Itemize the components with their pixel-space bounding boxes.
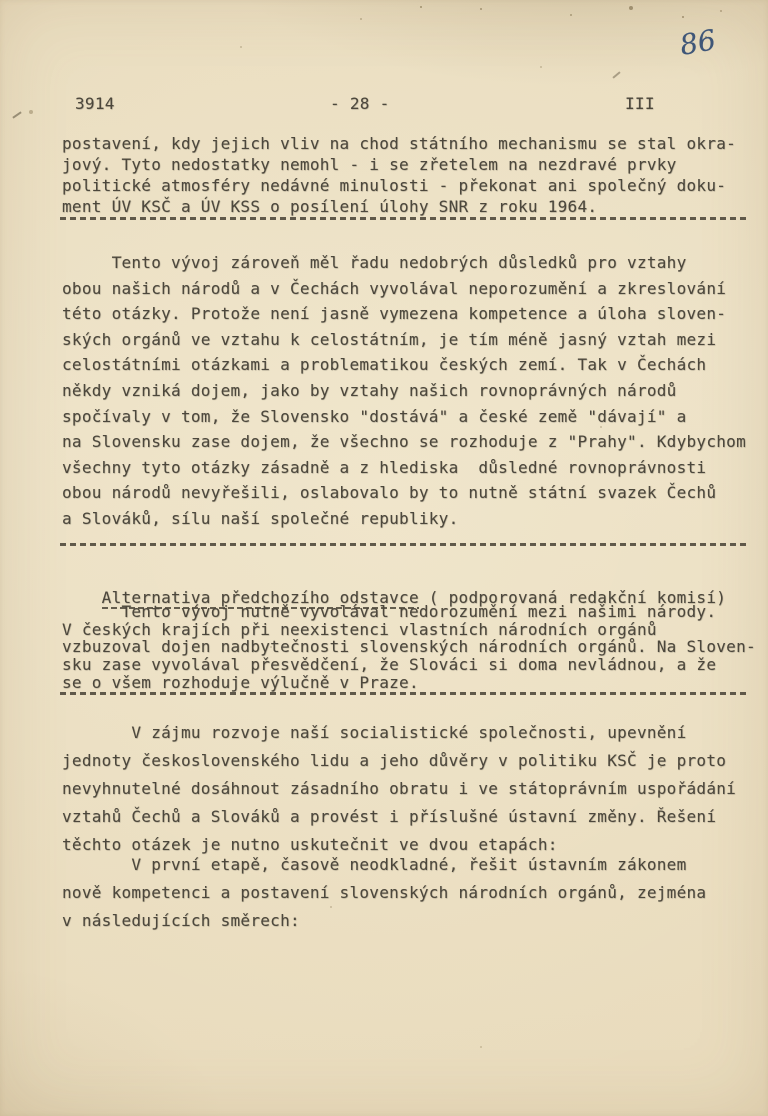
paper-mark bbox=[12, 111, 21, 118]
typewritten-document-page: 86 3914 - 28 - III postavení, kdy jejich… bbox=[0, 0, 768, 1116]
text-line: Tento vývoj nutně vyvolával nedorozumění… bbox=[62, 603, 762, 621]
text-line: všechny tyto otázky zásadně a z hlediska… bbox=[62, 455, 762, 481]
paragraph-4: V zájmu rozvoje naší socialistické spole… bbox=[62, 719, 762, 859]
dashed-separator bbox=[60, 217, 748, 220]
text-line: Tento vývoj zároveň měl řadu nedobrých d… bbox=[62, 250, 762, 276]
text-line: V českých krajích při neexistenci vlastn… bbox=[62, 621, 762, 639]
text-line: v následujících směrech: bbox=[62, 907, 762, 935]
paragraph-1: postavení, kdy jejich vliv na chod státn… bbox=[62, 133, 762, 217]
text-line: celostátními otázkami a problematikou če… bbox=[62, 352, 762, 378]
text-line: obou našich národů a v Čechách vyvolával… bbox=[62, 276, 762, 302]
page-header: 3914 - 28 - III bbox=[62, 94, 752, 114]
paragraph-2: Tento vývoj zároveň měl řadu nedobrých d… bbox=[62, 250, 762, 532]
text-line: se o všem rozhoduje výlučně v Praze. bbox=[62, 674, 762, 692]
text-line: této otázky. Protože není jasně vymezena… bbox=[62, 301, 762, 327]
dashed-separator bbox=[60, 543, 748, 546]
text-line: vzbuzoval dojen nadbytečnosti slovenskýc… bbox=[62, 638, 762, 656]
dashed-separator bbox=[60, 692, 748, 695]
text-line: někdy vzniká dojem, jako by vztahy našic… bbox=[62, 378, 762, 404]
text-line: obou národů nevyřešili, oslabovalo by to… bbox=[62, 480, 762, 506]
text-line: nevyhnutelné dosáhnout zásadního obratu … bbox=[62, 775, 762, 803]
text-line: jový. Tyto nedostatky nemohl - i se zřet… bbox=[62, 154, 762, 175]
text-line: postavení, kdy jejich vliv na chod státn… bbox=[62, 133, 762, 154]
text-line: jednoty československého lidu a jeho dův… bbox=[62, 747, 762, 775]
section-number: III bbox=[625, 94, 655, 113]
paper-speckles bbox=[420, 6, 422, 8]
text-line: V zájmu rozvoje naší socialistické spole… bbox=[62, 719, 762, 747]
text-line: a Slováků, sílu naší společné republiky. bbox=[62, 506, 762, 532]
paper-mark bbox=[612, 71, 620, 78]
text-line: nově kompetenci a postavení slovenských … bbox=[62, 879, 762, 907]
text-line: sku zase vyvolával přesvědčení, že Slová… bbox=[62, 656, 762, 674]
paragraph-3: Tento vývoj nutně vyvolával nedorozumění… bbox=[62, 603, 762, 692]
handwritten-page-number: 86 bbox=[678, 23, 719, 62]
text-line: V první etapě, časově neodkladné, řešit … bbox=[62, 851, 762, 879]
text-line: ment ÚV KSČ a ÚV KSS o posílení úlohy SN… bbox=[62, 196, 762, 217]
document-number: 3914 bbox=[75, 94, 115, 113]
text-line: na Slovensku zase dojem, že všechno se r… bbox=[62, 429, 762, 455]
text-line: ských orgánů ve vztahu k celostátním, je… bbox=[62, 327, 762, 353]
text-line: politické atmosféry nedávné minulosti - … bbox=[62, 175, 762, 196]
text-line: spočívaly v tom, že Slovensko "dostává" … bbox=[62, 404, 762, 430]
paragraph-5: V první etapě, časově neodkladné, řešit … bbox=[62, 851, 762, 935]
page-number: - 28 - bbox=[330, 94, 389, 113]
text-line: vztahů Čechů a Slováků a provést i přísl… bbox=[62, 803, 762, 831]
